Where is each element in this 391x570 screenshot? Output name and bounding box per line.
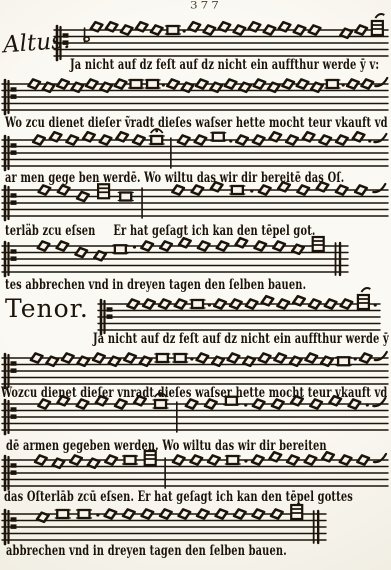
note-semibreve <box>225 79 237 88</box>
note-semibreve <box>33 135 45 144</box>
staff-system-1 <box>54 14 391 60</box>
note-breve <box>173 354 188 362</box>
note-semibreve <box>151 25 163 34</box>
note-semibreve <box>297 185 309 194</box>
note-semibreve <box>197 353 209 362</box>
staff-system-6 <box>98 288 380 334</box>
punctus-dot <box>162 83 165 86</box>
note-semibreve <box>57 241 69 250</box>
note-semibreve <box>273 241 285 250</box>
note-semibreve <box>66 135 78 144</box>
punctus-dot <box>96 513 99 516</box>
note-semibreve <box>254 241 266 250</box>
note-semibreve <box>361 79 373 88</box>
staff-system-10 <box>2 505 326 544</box>
note-breve <box>55 510 70 518</box>
note-semibreve <box>216 509 228 518</box>
note-semibreve <box>28 79 40 88</box>
note-semibreve <box>259 185 271 194</box>
note-semibreve <box>305 455 317 464</box>
note-semibreve <box>230 299 242 308</box>
voice-label-altus: Altus. <box>2 28 71 59</box>
ligature-longa-fermata <box>372 14 385 35</box>
note-semibreve <box>58 185 70 194</box>
punctus-dot <box>208 303 211 306</box>
note-semibreve <box>57 79 69 88</box>
punctus-dot <box>183 29 186 32</box>
punctus-dot <box>250 189 253 192</box>
note-breve-fermata <box>149 129 164 144</box>
note-semibreve <box>306 353 318 362</box>
note-semibreve <box>325 299 337 308</box>
note-semibreve <box>160 241 172 250</box>
note-semibreve <box>309 299 321 308</box>
note-semibreve <box>100 135 112 144</box>
lyric-line-5: tes abbrechen vnd in dreyen tagen den ſe… <box>5 277 306 293</box>
punctus-dot <box>244 403 247 406</box>
lyric-line-6: Ja nicht auf dz feſt auf dz nicht ein au… <box>93 331 391 347</box>
note-breve <box>77 510 92 518</box>
lyric-line-1: Ja nicht auf dz feſt auf dz nicht ein au… <box>70 57 379 73</box>
note-semibreve <box>105 455 117 464</box>
note-semibreve <box>355 25 367 34</box>
punctus-dot <box>366 403 369 406</box>
custos-swash <box>375 78 387 86</box>
note-breve <box>113 245 128 253</box>
note-semibreve <box>75 248 87 257</box>
note-semibreve <box>141 241 153 250</box>
note-semibreve <box>340 455 352 464</box>
punctus-dot <box>229 139 232 142</box>
note-semibreve <box>319 135 331 144</box>
staff-system-5 <box>2 237 348 276</box>
note-semibreve <box>179 509 191 518</box>
note-breve <box>145 80 160 88</box>
note-semibreve <box>274 353 286 362</box>
custos-swash <box>373 184 385 192</box>
lyric-line-9: das Oſterlāb zcū eſsen. Er hat geſagt ic… <box>4 489 353 505</box>
ligature-longa <box>98 184 109 198</box>
note-semibreve <box>282 79 294 88</box>
note-semibreve <box>360 353 372 362</box>
ligature-longa <box>291 505 302 519</box>
voice-label-tenor: Tenor. <box>5 294 89 323</box>
note-semibreve <box>38 241 50 250</box>
note-semibreve <box>309 25 321 34</box>
note-semibreve <box>86 79 98 88</box>
note-semibreve <box>236 135 248 144</box>
note-semibreve <box>143 299 155 308</box>
note-semibreve <box>271 509 283 518</box>
note-semibreve <box>39 185 51 194</box>
note-semibreve <box>253 135 265 144</box>
note-semibreve <box>167 79 179 88</box>
manuscript-page: 377 Altus. Tenor. Ja nicht auf dz feſt a… <box>0 0 391 570</box>
staff-system-3 <box>2 129 388 170</box>
punctus-dot <box>354 357 357 360</box>
note-semibreve <box>336 135 348 144</box>
note-semibreve <box>253 509 265 518</box>
note-semibreve <box>347 79 359 88</box>
note-semibreve <box>172 185 184 194</box>
note-semibreve <box>214 299 226 308</box>
note-semibreve <box>175 299 187 308</box>
note-semibreve <box>173 455 185 464</box>
note-semibreve <box>127 299 139 308</box>
note-breve <box>225 456 240 464</box>
note-semibreve <box>196 79 208 88</box>
note-semibreve <box>133 135 145 144</box>
custos-swash <box>374 454 386 462</box>
note-semibreve <box>159 299 171 308</box>
note-semibreve <box>142 509 154 518</box>
note-breve <box>336 357 351 365</box>
note-breve <box>190 300 205 308</box>
staff-system-4 <box>2 182 388 220</box>
staff-system-2 <box>2 72 391 114</box>
note-breve <box>230 186 245 194</box>
punctus-dot <box>374 303 377 306</box>
note-semibreve <box>197 509 209 518</box>
note-breve <box>155 354 170 362</box>
note-semibreve <box>77 192 89 201</box>
note-semibreve <box>62 353 74 362</box>
note-semibreve <box>105 509 117 518</box>
note-breve <box>118 193 133 201</box>
punctus-dot <box>368 139 371 142</box>
note-breve <box>165 26 180 34</box>
lyric-line-4: terläb zcu eſsen Er hat geſagt ich kan d… <box>5 223 315 239</box>
note-semibreve <box>234 25 246 34</box>
note-semibreve <box>121 25 133 34</box>
punctus-dot <box>244 459 247 462</box>
ligature-longa-fermata <box>358 288 371 309</box>
note-semibreve <box>178 135 190 144</box>
punctus-dot <box>133 245 136 248</box>
note-semibreve <box>208 455 220 464</box>
note-semibreve <box>192 185 204 194</box>
note-semibreve <box>294 25 306 34</box>
note-semibreve <box>254 79 266 88</box>
note-semibreve <box>123 509 135 518</box>
staff-system-9 <box>2 448 391 490</box>
lyric-line-10: abbrechen vnd in dreyen tagen den ſelben… <box>6 543 287 559</box>
lyric-line-7: Wozcu dienet dieſer vnradt dieſes waſser… <box>1 385 387 401</box>
note-semibreve <box>217 241 229 250</box>
note-breve <box>325 80 340 88</box>
note-breve <box>123 456 138 464</box>
note-semibreve <box>228 353 240 362</box>
note-semibreve <box>246 299 258 308</box>
lyric-line-8: dē armen gegeben werden. Wo wiltu das wi… <box>6 438 327 454</box>
note-semibreve <box>259 353 271 362</box>
note-semibreve <box>160 509 172 518</box>
note-semibreve <box>341 299 353 308</box>
staff-system-7 <box>2 346 391 388</box>
note-semibreve <box>31 353 43 362</box>
note-semibreve <box>264 25 276 34</box>
punctus-dot <box>342 83 345 86</box>
note-semibreve <box>234 509 246 518</box>
note-semibreve <box>297 79 309 88</box>
note-breve <box>129 80 144 88</box>
note-breve <box>211 133 226 141</box>
note-semibreve <box>204 25 216 34</box>
note-semibreve <box>252 455 264 464</box>
ligature-longa <box>313 237 324 251</box>
note-semibreve <box>355 185 367 194</box>
lyric-line-2: Wo zcu dienet dieſer ṽradt dieſes waſser… <box>5 115 391 131</box>
note-semibreve <box>93 353 105 362</box>
lyric-line-3: ar men gege ben werdē. Wo wiltu das wir … <box>5 170 344 186</box>
note-semibreve <box>198 241 210 250</box>
note-semibreve <box>115 79 127 88</box>
note-semibreve <box>191 455 203 464</box>
custos-swash <box>375 352 387 360</box>
custos-swash <box>374 134 386 142</box>
note-semibreve <box>35 455 47 464</box>
note-semibreve <box>124 353 136 362</box>
punctus-dot <box>190 357 193 360</box>
note-semibreve <box>277 299 289 308</box>
note-semibreve <box>357 455 369 464</box>
note-semibreve <box>287 455 299 464</box>
note-semibreve <box>286 135 298 144</box>
note-semibreve <box>70 455 82 464</box>
note-semibreve <box>195 135 207 144</box>
note-semibreve <box>336 185 348 194</box>
